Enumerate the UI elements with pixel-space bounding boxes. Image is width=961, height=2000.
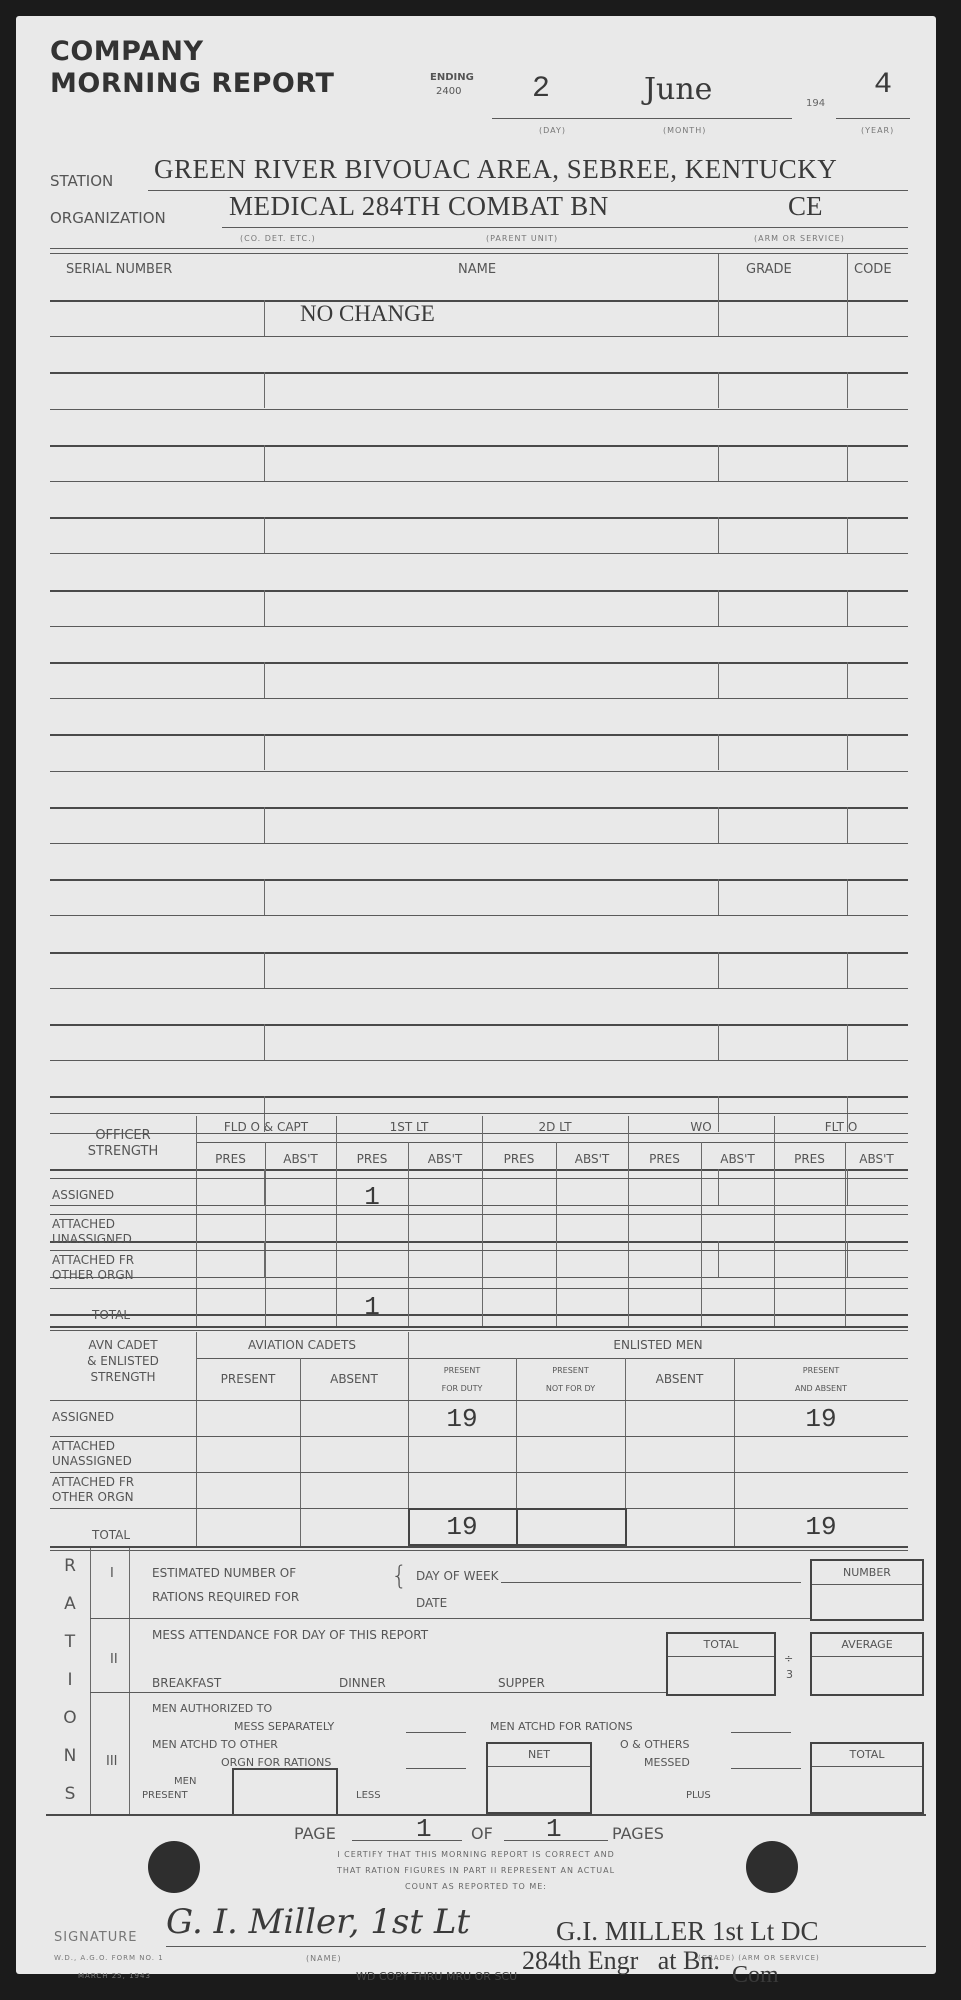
rations-letter: I [60,1670,80,1690]
enlisted-row-label: UNASSIGNED [52,1454,132,1468]
men-authorized-label: MEN AUTHORIZED TO [152,1702,272,1715]
code-col-divider [847,254,848,300]
enlisted-col-header-line2: AND ABSENT [734,1384,908,1393]
wd-copy-label: WD COPY THRU MRU OR SCU [356,1970,517,1983]
pres-header: PRES [196,1152,265,1166]
enlisted-col-header-line2: NOT FOR DY [516,1384,625,1393]
rations-sec1-rule [90,1618,810,1619]
men-present-label: PRESENT [142,1790,188,1801]
mess-total-label: TOTAL [666,1638,776,1651]
page-num-underline [352,1840,462,1841]
officer-row-label: ATTACHED [52,1217,115,1231]
enlisted-cell[interactable]: 19 [734,1404,908,1434]
mess-separately-label: MESS SEPARATELY [234,1720,334,1733]
enlisted-row-rule [50,1436,908,1437]
date-label: DATE [416,1596,447,1610]
divide-by-three: 3 [786,1668,793,1681]
officer-row-label: ATTACHED FR [52,1253,134,1267]
officer-col-divider [408,1142,409,1326]
ledger-row-line [50,1205,908,1206]
enlisted-col-header: PRESENT [734,1366,908,1375]
certify-line1: I CERTIFY THAT THIS MORNING REPORT IS CO… [246,1850,706,1859]
o-others-field[interactable] [731,1768,801,1769]
signature-label: SIGNATURE [54,1930,137,1945]
officer-group-header: 1ST LT [336,1120,482,1134]
abst-header: ABS'T [845,1152,908,1166]
page-number: 1 [416,1814,432,1844]
officer-row-label: TOTAL [92,1308,130,1322]
form-title-line2: MORNING REPORT [50,68,334,100]
organization-underline [222,227,908,228]
punch-hole-left [148,1841,200,1893]
of-label: OF [471,1824,493,1843]
enlisted-row-label: OTHER ORGN [52,1490,134,1504]
breakfast-label: BREAKFAST [152,1676,221,1690]
aviation-cadets-header: AVIATION CADETS [196,1338,408,1352]
plus-label: PLUS [686,1790,711,1801]
typed-name-grade: G.I. MILLER 1st Lt DC [556,1916,819,1947]
page-label: PAGE [294,1824,336,1843]
officer-col-divider [482,1116,483,1326]
organization-value: MEDICAL 284TH COMBAT BN [229,191,609,222]
name-caption: (NAME) [306,1954,342,1963]
day-caption: (DAY) [539,126,566,135]
officer-col-divider [196,1116,197,1326]
abst-header: ABS'T [265,1152,336,1166]
net-box-divider [488,1766,590,1767]
enlisted-strength-title: AVN CADET [50,1338,196,1352]
officer-bottom-rule2 [50,1330,908,1331]
year-underline [836,118,910,119]
mess-separately-field[interactable] [406,1732,466,1733]
rations-letter: S [60,1784,80,1804]
col-grade: GRADE [746,262,792,277]
organization-label: ORGANIZATION [50,209,166,227]
ledger-row-line [50,336,908,337]
enlisted-col-header: ABSENT [625,1372,734,1386]
divide-icon: ÷ [784,1652,793,1665]
enlisted-col-header: PRESENT [196,1372,300,1386]
report-year: 4 [874,68,892,102]
enlisted-strength-title: STRENGTH [50,1370,196,1384]
arm-caption: (ARM OR SERVICE) [754,234,845,243]
enlisted-row-label: ATTACHED [52,1439,115,1453]
rations-letter: N [60,1746,80,1766]
officer-row-label: ASSIGNED [52,1188,114,1202]
ledger-row[interactable] [50,734,908,806]
officer-group-header: FLT O [774,1120,908,1134]
day-of-week-label: DAY OF WEEK [416,1569,499,1583]
total-not-duty-box [516,1508,627,1546]
enlisted-cell[interactable]: 19 [408,1512,516,1542]
ledger-row-line [50,1060,908,1061]
parent-unit-caption: (PARENT UNIT) [486,234,558,243]
enlisted-row-label: ATTACHED FR [52,1475,134,1489]
officer-group-header: WO [628,1120,774,1134]
ledger-row-line [50,1314,908,1316]
messed-label: MESSED [644,1756,690,1769]
station-value: GREEN RIVER BIVOUAC AREA, SEBREE, KENTUC… [154,154,837,185]
ledger-row-line [50,915,908,916]
men-atchd-rations-label: MEN ATCHD FOR RATIONS [490,1720,633,1733]
ledger-row[interactable] [50,372,908,444]
officer-cell[interactable]: 1 [336,1292,408,1322]
enlisted-col-divider [196,1332,197,1546]
year-caption: (YEAR) [861,126,894,135]
officer-col-divider [265,1142,266,1326]
section-ii-num: II [110,1652,118,1667]
punch-hole-right [746,1841,798,1893]
rations-letter: T [60,1632,80,1652]
ledger-row-line [50,771,908,772]
average-box-divider [812,1656,922,1657]
enlisted-col-header: PRESENT [408,1366,516,1375]
page-total: 1 [546,1814,562,1844]
men-atchd-other-label: MEN ATCHD TO OTHER [152,1738,278,1751]
pages-label: PAGES [612,1824,664,1843]
ledger-row-line [50,481,908,482]
enlisted-col-header-line2: FOR DUTY [408,1384,516,1393]
officer-col-divider [774,1116,775,1326]
certify-line2: THAT RATION FIGURES IN PART II REPRESENT… [246,1866,706,1875]
average-label: AVERAGE [810,1638,924,1651]
rations-total-divider [812,1766,922,1767]
officer-row-rule [50,1288,908,1289]
unit-annotation-com: Com [732,1962,779,1989]
station-label: STATION [50,172,113,190]
date-underline [492,118,792,119]
enlisted-col-divider [300,1358,301,1546]
estimated-number-label: ESTIMATED NUMBER OF [152,1566,296,1580]
officer-row-rule [50,1326,908,1328]
rations-letter: O [60,1708,80,1728]
col-name: NAME [458,262,496,277]
officer-row-rule [50,1214,908,1215]
ledger-row-line [50,553,908,554]
arm-value: CE [788,191,823,222]
men-atchd-rations-field[interactable] [731,1732,791,1733]
report-day: 2 [532,72,550,106]
officer-strength-title2: STRENGTH [50,1144,196,1159]
number-label: NUMBER [810,1566,924,1579]
number-box-divider [812,1584,922,1585]
orgn-for-rations-field[interactable] [406,1768,466,1769]
pres-header: PRES [336,1152,408,1166]
enlisted-subheader-rule [196,1358,908,1359]
enlisted-cell[interactable]: 19 [734,1512,908,1542]
net-label: NET [486,1748,592,1761]
officer-group-header: 2D LT [482,1120,628,1134]
enlisted-col-header: PRESENT [516,1366,625,1375]
abst-header: ABS'T [408,1152,482,1166]
officer-col-divider [628,1116,629,1326]
year-prefix: 194 [806,98,825,109]
section-i-num: I [110,1566,114,1581]
header-rule-bottom [50,253,908,254]
rations-sec2-rule [90,1692,666,1693]
officer-strength-title1: OFFICER [50,1128,196,1143]
officer-subheader-rule [196,1142,908,1143]
rations-required-label: RATIONS REQUIRED FOR [152,1590,299,1604]
mess-total-divider [668,1656,774,1657]
enlisted-row-label: ASSIGNED [52,1410,114,1424]
form-number: W.D., A.G.O. FORM NO. 1 [54,1954,164,1962]
report-month: June [644,72,712,107]
dinner-label: DINNER [339,1676,386,1690]
certify-line3: COUNT AS REPORTED TO ME: [246,1882,706,1891]
officer-row-rule [50,1250,908,1251]
col-serial-number: SERIAL NUMBER [66,262,172,277]
rations-total-label: TOTAL [810,1748,924,1761]
abst-header: ABS'T [701,1152,774,1166]
ledger-row-line [50,698,908,699]
officer-cell[interactable]: 1 [336,1182,408,1212]
month-caption: (MONTH) [663,126,706,135]
morning-report-form: COMPANY MORNING REPORT ENDING 2400 2 Jun… [16,16,936,1974]
col-code: CODE [854,262,892,277]
o-others-label: O & OTHERS [620,1738,689,1751]
rations-left-divider [90,1548,91,1816]
enlisted-row-rule [50,1400,908,1401]
enlisted-col-header: ABSENT [300,1372,408,1386]
ledger-row-line [50,988,908,989]
grade-col-divider [718,254,719,300]
officer-col-divider [556,1142,557,1326]
unit-annotation: 284th Engr at Bn. [522,1946,720,1976]
officer-row-label: OTHER ORGN [52,1268,134,1282]
supper-label: SUPPER [498,1676,545,1690]
mess-attendance-label: MESS ATTENDANCE FOR DAY OF THIS REPORT [152,1628,428,1642]
officer-row-label: UNASSIGNED [52,1232,132,1246]
officer-col-divider [701,1142,702,1326]
ledger-bottom-rule [50,1113,908,1114]
header-rule-top [50,248,908,249]
handwritten-signature: G. I. Miller, 1st Lt [166,1902,470,1942]
org-caption: (CO. DET. ETC.) [240,234,316,243]
enlisted-row-rule [50,1546,908,1548]
rations-letter: A [60,1594,80,1614]
less-label: LESS [356,1790,381,1801]
section-iii-num: III [106,1754,118,1769]
ending-label: ENDING [430,72,474,83]
rations-bottom-rule [46,1814,926,1816]
day-of-week-field[interactable] [501,1582,801,1583]
enlisted-row-rule [50,1472,908,1473]
form-title-line1: COMPANY [50,36,204,68]
officer-col-divider [845,1142,846,1326]
enlisted-bottom-rule2 [50,1550,908,1551]
ledger-row-line [50,1277,908,1278]
form-date: MARCH 25, 1943 [78,1972,151,1980]
men-label: MEN [174,1776,196,1787]
ending-time: 2400 [436,86,461,97]
men-present-box[interactable] [232,1768,338,1816]
pres-header: PRES [482,1152,556,1166]
brace-icon: { [391,1561,408,1591]
pres-header: PRES [774,1152,845,1166]
officer-group-header: FLD O & CAPT [196,1120,336,1134]
ledger-row-line [50,626,908,627]
rations-letter: R [60,1556,80,1576]
ledger-row-line [50,409,908,410]
pres-header: PRES [628,1152,701,1166]
rations-num-divider [129,1548,130,1816]
enlisted-men-header: ENLISTED MEN [408,1338,908,1352]
officer-row-rule [50,1178,908,1179]
enlisted-strength-title: & ENLISTED [50,1354,196,1368]
enlisted-cell[interactable]: 19 [408,1404,516,1434]
enlisted-row-label: TOTAL [92,1528,130,1542]
ledger-row-line [50,843,908,844]
abst-header: ABS'T [556,1152,628,1166]
